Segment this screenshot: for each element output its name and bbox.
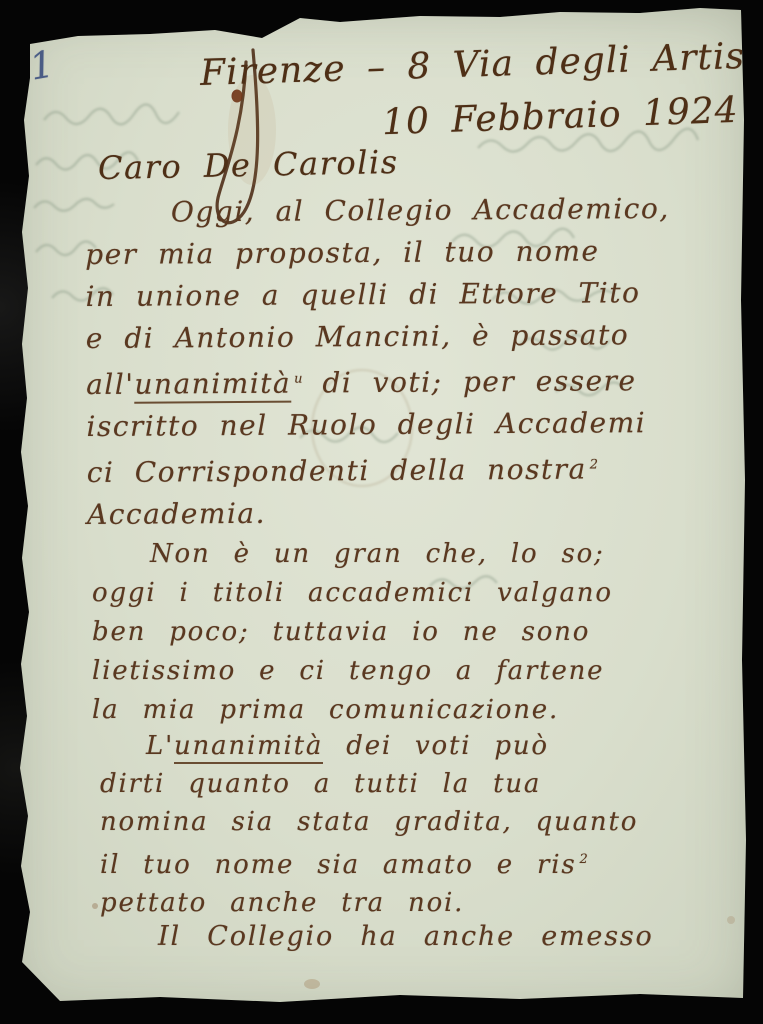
paper-speck-left [92,903,98,909]
letter-line: e di Antonio Mancini, è passato [86,314,671,360]
line-segment: il tuo nome sia amato e ris [100,850,577,880]
superscript-mark: 2 [590,444,600,486]
letter-line: oggi i titoli accademici valgano [92,574,613,613]
letter-line: iscritto nel Ruolo degli Accademi [86,402,671,448]
letter-line: il tuo nome sia amato e ris2 [100,841,638,884]
letter-line: Oggi, al Collegio Accademico, [171,188,670,233]
paragraph-3: L'unanimità dei voti può dirti quanto a … [100,727,638,922]
line-segment: ci Corrispondenti della nostra [87,453,587,489]
scanned-letter: 1 Firenze – 8 Via degli Artisti 10 Febbr… [0,0,763,1024]
letter-line: la mia prima comunicazione. [92,691,613,730]
line-segment: all' [86,368,135,401]
letter-line: Accademia. [87,490,672,536]
heading-date: 10 Febbraio 1924 [381,90,739,143]
letter-line: per mia proposta, il tuo nome [85,230,670,276]
heading-address: Firenze – 8 Via degli Artisti [199,35,763,94]
paragraph-4: Il Collegio ha anche emesso [100,917,654,957]
letter-line: all'unanimitàu di voti; per essere [86,356,671,406]
line-segment: di voti; per essere [302,364,637,399]
page-number: 1 [26,42,57,88]
letter-line: dirti quanto a tutti la tua [100,765,638,803]
letter-line: ben poco; tuttavia io ne sono [92,613,613,652]
paper-stain-bottom [304,979,320,989]
letter-line: Non è un gran che, lo so; [150,535,613,574]
letter-sheet: 1 Firenze – 8 Via degli Artisti 10 Febbr… [0,0,763,1024]
paragraph-2: Non è un gran che, lo so; oggi i titoli … [92,535,613,730]
letter-line: ci Corrispondenti della nostra2 [87,444,672,494]
line-segment: L' [146,731,174,761]
superscript-mark: 2 [580,841,590,879]
paragraph-1: Oggi, al Collegio Accademico, per mia pr… [85,188,672,536]
line-segment: dei voti può [323,731,549,761]
paper-speck-right [727,916,735,924]
letter-line: in unione a quelli di Ettore Tito [85,272,670,318]
letter-line: Il Collegio ha anche emesso [158,917,654,957]
salutation: Caro De Carolis [98,143,399,187]
underlined-word: unanimità [134,367,291,404]
letter-line: lietissimo e ci tengo a fartene [92,652,613,691]
letter-line: L'unanimità dei voti può [146,727,638,765]
underlined-word: unanimità [174,731,323,764]
letter-line: nomina sia stata gradita, quanto [100,803,638,841]
